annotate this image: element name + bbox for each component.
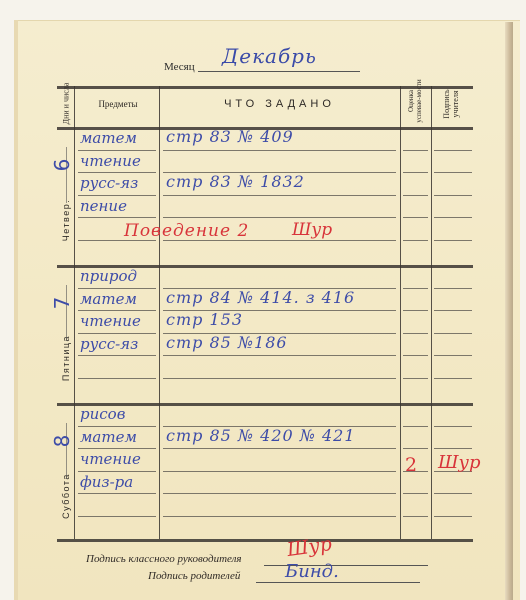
assignment-rule	[163, 217, 396, 218]
subject-rule	[78, 195, 156, 196]
subject-rule	[78, 288, 156, 289]
grade-rule	[403, 426, 428, 427]
signature-rule	[434, 426, 472, 427]
col-header-day: Дни и числа	[62, 81, 71, 127]
month-label: Месяц	[164, 61, 195, 73]
column-divider	[159, 86, 160, 539]
signature-rule	[434, 333, 472, 334]
grade-rule	[403, 333, 428, 334]
assignment-rule	[163, 150, 396, 151]
grade-teacher-signature: Шур	[438, 452, 481, 473]
assignment-entry: стр 85 № 420 № 421	[166, 426, 356, 445]
assignment-rule	[163, 195, 396, 196]
assignment-entry: стр 83 № 409	[166, 127, 294, 146]
col-header-teacher-signature: Подпись учителя	[442, 82, 460, 126]
signature-rule	[434, 217, 472, 218]
signature-rule	[434, 240, 472, 241]
grade-rule	[403, 448, 428, 449]
behavior-note-signature: Шур	[292, 220, 332, 240]
signature-rule	[434, 493, 472, 494]
date-value: 8	[50, 431, 74, 451]
signature-rule	[434, 172, 472, 173]
subject-rule	[78, 150, 156, 151]
grade-rule	[403, 150, 428, 151]
subject-entry: русс-яз	[80, 335, 138, 353]
date-value: 7	[50, 293, 74, 313]
signature-rule	[434, 288, 472, 289]
signature-rule	[434, 310, 472, 311]
grade-value: 2	[405, 454, 417, 476]
signature-rule	[434, 448, 472, 449]
subject-rule	[78, 355, 156, 356]
assignment-entry: стр 85 №186	[166, 333, 288, 352]
grade-rule	[403, 217, 428, 218]
parent-signature-label: Подпись родителей	[148, 570, 240, 582]
subject-rule	[78, 426, 156, 427]
grade-rule	[403, 493, 428, 494]
page-edge	[505, 22, 513, 600]
subject-entry: русс-яз	[80, 174, 138, 192]
subject-rule	[78, 378, 156, 379]
subject-entry: чтение	[80, 152, 141, 170]
subject-entry: природ	[80, 267, 137, 285]
subject-rule	[78, 516, 156, 517]
column-divider	[400, 86, 401, 539]
date-value: 6	[50, 155, 74, 175]
section-rule	[57, 539, 473, 542]
grade-rule	[403, 310, 428, 311]
subject-entry: физ-ра	[80, 473, 133, 491]
parent-signature-line	[256, 582, 420, 583]
grade-rule	[403, 172, 428, 173]
subject-entry: рисов	[80, 405, 125, 423]
col-header-assigned: ЧТО ЗАДАНО	[159, 98, 400, 110]
subject-entry: матем	[80, 129, 137, 147]
signature-rule	[434, 378, 472, 379]
subject-rule	[78, 217, 156, 218]
signature-rule	[434, 150, 472, 151]
column-divider	[431, 86, 432, 539]
assignment-entry: стр 153	[166, 310, 243, 329]
column-divider	[74, 86, 75, 539]
subject-rule	[78, 310, 156, 311]
col-header-subjects: Предметы	[78, 99, 158, 109]
assignment-entry: стр 83 № 1832	[166, 172, 305, 191]
assignment-rule	[163, 448, 396, 449]
assignment-rule	[163, 355, 396, 356]
grade-rule	[403, 288, 428, 289]
signature-rule	[434, 355, 472, 356]
signature-rule	[434, 195, 472, 196]
assignment-entry: стр 84 № 414. з 416	[166, 288, 355, 307]
page-fold	[14, 20, 18, 600]
subject-entry: матем	[80, 428, 137, 446]
subject-rule	[78, 448, 156, 449]
subject-entry: матем	[80, 290, 137, 308]
grade-rule	[403, 240, 428, 241]
col-header-grade: Оценка успевае-мости	[407, 78, 423, 124]
signature-rule	[434, 516, 472, 517]
assignment-rule	[163, 516, 396, 517]
subject-entry: пение	[80, 197, 127, 215]
grade-rule	[403, 195, 428, 196]
subject-rule	[78, 172, 156, 173]
grade-rule	[403, 516, 428, 517]
behavior-note: Поведение 2	[124, 221, 249, 241]
grade-rule	[403, 355, 428, 356]
subject-rule	[78, 493, 156, 494]
parent-signature: Бинд.	[285, 561, 339, 582]
class-teacher-signature-label: Подпись классного руководителя	[86, 553, 242, 565]
month-line	[198, 71, 360, 72]
grade-rule	[403, 378, 428, 379]
subject-entry: чтение	[80, 312, 141, 330]
month-value: Декабрь	[222, 44, 317, 68]
assignment-rule	[163, 378, 396, 379]
assignment-rule	[163, 493, 396, 494]
subject-rule	[78, 333, 156, 334]
subject-entry: чтение	[80, 450, 141, 468]
assignment-rule	[163, 471, 396, 472]
subject-rule	[78, 471, 156, 472]
